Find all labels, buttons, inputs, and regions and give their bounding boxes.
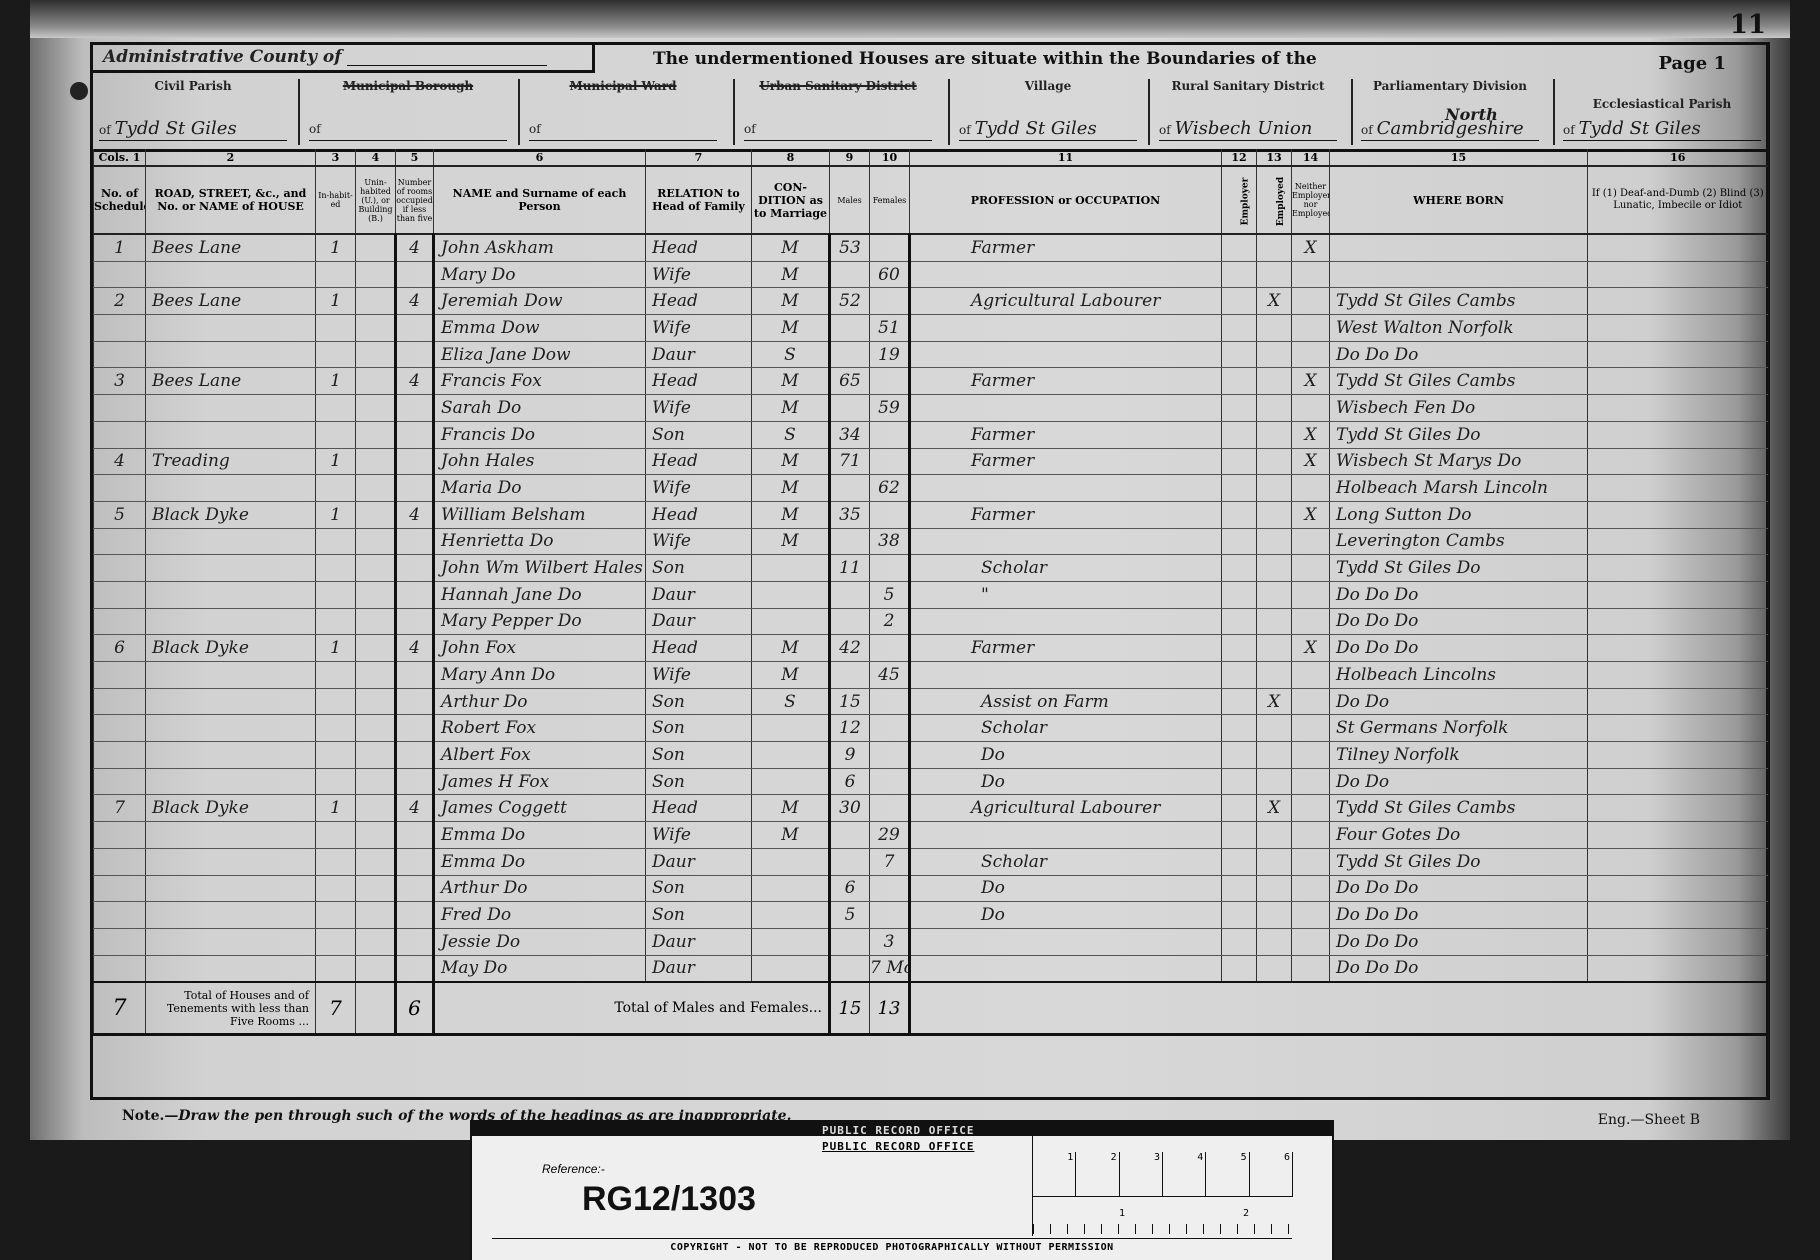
cell-male-age: 35 <box>830 501 870 528</box>
cell-relation: Daur <box>646 955 752 982</box>
cell-infirmity <box>1588 395 1768 422</box>
cell-neither: X <box>1292 421 1330 448</box>
cell-employed <box>1257 261 1292 288</box>
cell-uninhabited <box>356 555 396 582</box>
person-row: Arthur DoSonS15Assist on FarmXDo Do <box>94 688 1768 715</box>
cell-schedule <box>94 581 146 608</box>
cell-condition <box>752 555 830 582</box>
cell-occupation <box>910 955 1222 982</box>
admin-county: Administrative County of <box>93 45 595 73</box>
divider <box>733 79 735 145</box>
cell-employed: X <box>1257 688 1292 715</box>
header-inhabited: In-habit-ed <box>316 166 356 234</box>
cell-schedule <box>94 315 146 342</box>
cell-relation: Wife <box>646 528 752 555</box>
header-uninhabited: Unin-habited (U.), or Building (B.) <box>356 166 396 234</box>
cell-uninhabited <box>356 421 396 448</box>
cell-neither: X <box>1292 368 1330 395</box>
cell-condition <box>752 848 830 875</box>
cell-born: Wisbech Fen Do <box>1330 395 1588 422</box>
cell-relation: Son <box>646 875 752 902</box>
cell-occupation <box>910 822 1222 849</box>
header-road: ROAD, STREET, &c., and No. or NAME of HO… <box>146 166 316 234</box>
person-row: 5Black Dyke14William BelshamHeadM35Farme… <box>94 501 1768 528</box>
cell-road: Treading <box>146 448 316 475</box>
cell-schedule: 6 <box>94 635 146 662</box>
cell-employer <box>1222 234 1257 261</box>
cell-uninhabited <box>356 475 396 502</box>
cell-name: Jessie Do <box>434 928 646 955</box>
cell-infirmity <box>1588 902 1768 929</box>
cell-female-age: 5 <box>870 581 910 608</box>
header-males: Males <box>830 166 870 234</box>
cell-schedule <box>94 528 146 555</box>
cell-employed <box>1257 448 1292 475</box>
cell-inhabited <box>316 581 356 608</box>
cell-schedule: 5 <box>94 501 146 528</box>
cell-condition: M <box>752 368 830 395</box>
person-row: Eliza Jane DowDaurS19Do Do Do <box>94 341 1768 368</box>
cell-relation: Wife <box>646 261 752 288</box>
cell-female-age <box>870 795 910 822</box>
cell-condition: M <box>752 635 830 662</box>
cell-schedule <box>94 662 146 689</box>
cell-male-age: 15 <box>830 688 870 715</box>
cell-neither <box>1292 955 1330 982</box>
cell-inhabited: 1 <box>316 795 356 822</box>
cell-condition: M <box>752 662 830 689</box>
cell-inhabited <box>316 742 356 769</box>
urban-sanitary-label: Urban Sanitary District <box>738 79 938 93</box>
column-number-row: Cols. 1 2 3 4 5 6 7 8 9 10 11 12 13 14 1… <box>94 149 1768 166</box>
cell-neither <box>1292 528 1330 555</box>
cell-neither <box>1292 581 1330 608</box>
cell-condition: M <box>752 261 830 288</box>
cell-name: Albert Fox <box>434 742 646 769</box>
cell-employer <box>1222 555 1257 582</box>
cell-road: Black Dyke <box>146 795 316 822</box>
cell-condition: M <box>752 501 830 528</box>
cell-infirmity <box>1588 742 1768 769</box>
cell-inhabited <box>316 875 356 902</box>
person-row: Emma DowWifeM51West Walton Norfolk <box>94 315 1768 342</box>
cell-name: John Wm Wilbert Hales Do <box>434 555 646 582</box>
cell-female-age: 51 <box>870 315 910 342</box>
cell-name: Eliza Jane Dow <box>434 341 646 368</box>
header-where-born: WHERE BORN <box>1330 166 1588 234</box>
ruler-inches: 1 2 3 4 5 6 <box>1033 1152 1293 1197</box>
person-row: 1Bees Lane14John AskhamHeadM53FarmerX <box>94 234 1768 261</box>
rural-sanitary-field: Rural Sanitary District ofWisbech Union <box>1153 75 1343 147</box>
person-row: Emma DoWifeM29Four Gotes Do <box>94 822 1768 849</box>
person-row: Jessie DoDaur3Do Do Do <box>94 928 1768 955</box>
cell-born: St Germans Norfolk <box>1330 715 1588 742</box>
cell-relation: Head <box>646 501 752 528</box>
cell-occupation: Do <box>910 902 1222 929</box>
cell-condition: M <box>752 288 830 315</box>
cell-employed <box>1257 902 1292 929</box>
cell-born: Do Do Do <box>1330 581 1588 608</box>
cell-inhabited: 1 <box>316 234 356 261</box>
cell-relation: Son <box>646 421 752 448</box>
header-occupation: PROFESSION or OCCUPATION <box>910 166 1222 234</box>
office-label-top: PUBLIC RECORD OFFICE <box>822 1124 974 1137</box>
civil-parish-label: Civil Parish <box>93 79 293 93</box>
cell-schedule <box>94 555 146 582</box>
cell-male-age: 6 <box>830 875 870 902</box>
cell-name: Arthur Do <box>434 688 646 715</box>
header-employer: Employer <box>1222 166 1257 234</box>
divider <box>298 79 300 145</box>
cell-employed <box>1257 475 1292 502</box>
cell-condition: M <box>752 315 830 342</box>
cell-occupation: Farmer <box>910 635 1222 662</box>
cell-born: Tydd St Giles Cambs <box>1330 368 1588 395</box>
cell-rooms <box>396 555 434 582</box>
cell-employer <box>1222 581 1257 608</box>
cell-road <box>146 902 316 929</box>
cell-occupation <box>910 528 1222 555</box>
cell-name: Mary Do <box>434 261 646 288</box>
divider <box>518 79 520 145</box>
cell-infirmity <box>1588 501 1768 528</box>
cell-born: Wisbech St Marys Do <box>1330 448 1588 475</box>
cell-relation: Son <box>646 688 752 715</box>
cell-neither <box>1292 341 1330 368</box>
cell-schedule: 3 <box>94 368 146 395</box>
cell-employer <box>1222 715 1257 742</box>
person-row: John Wm Wilbert Hales DoSon11ScholarTydd… <box>94 555 1768 582</box>
ecclesiastical-parish-field: Ecclesiastical Parish ofTydd St Giles <box>1557 75 1767 147</box>
cell-infirmity <box>1588 822 1768 849</box>
cell-road <box>146 581 316 608</box>
cell-neither <box>1292 261 1330 288</box>
cell-infirmity <box>1588 475 1768 502</box>
cell-male-age: 6 <box>830 768 870 795</box>
cell-schedule: 1 <box>94 234 146 261</box>
cell-rooms <box>396 448 434 475</box>
cell-occupation: Agricultural Labourer <box>910 795 1222 822</box>
cell-occupation: Farmer <box>910 368 1222 395</box>
cell-relation: Wife <box>646 315 752 342</box>
cell-male-age: 42 <box>830 635 870 662</box>
cell-condition: M <box>752 234 830 261</box>
cell-road <box>146 528 316 555</box>
cell-employer <box>1222 528 1257 555</box>
cell-neither <box>1292 822 1330 849</box>
cell-infirmity <box>1588 608 1768 635</box>
cell-male-age <box>830 475 870 502</box>
cell-inhabited <box>316 608 356 635</box>
cell-name: Robert Fox <box>434 715 646 742</box>
village-label: Village <box>953 79 1143 93</box>
cell-road <box>146 315 316 342</box>
cell-male-age <box>830 848 870 875</box>
rural-sanitary-value: Wisbech Union <box>1175 118 1313 139</box>
header-rooms: Number of rooms occupied if less than fi… <box>396 166 434 234</box>
cell-inhabited <box>316 475 356 502</box>
cell-inhabited <box>316 902 356 929</box>
cell-rooms: 4 <box>396 501 434 528</box>
cell-road <box>146 662 316 689</box>
cell-relation: Daur <box>646 581 752 608</box>
cell-born: Tydd St Giles Do <box>1330 848 1588 875</box>
cell-infirmity <box>1588 421 1768 448</box>
column-header-row: No. of Schedule ROAD, STREET, &c., and N… <box>94 166 1768 234</box>
cell-employer <box>1222 955 1257 982</box>
cell-born: Tydd St Giles Cambs <box>1330 795 1588 822</box>
municipal-borough-field: Municipal Borough of <box>303 75 513 147</box>
cell-employer <box>1222 421 1257 448</box>
cell-schedule <box>94 875 146 902</box>
cell-condition: S <box>752 688 830 715</box>
cell-uninhabited <box>356 528 396 555</box>
cell-employed <box>1257 848 1292 875</box>
cell-neither: X <box>1292 635 1330 662</box>
cell-employer <box>1222 902 1257 929</box>
cell-employer <box>1222 261 1257 288</box>
cell-relation: Son <box>646 715 752 742</box>
header-females: Females <box>870 166 910 234</box>
cell-employer <box>1222 288 1257 315</box>
cell-rooms <box>396 581 434 608</box>
cell-uninhabited <box>356 875 396 902</box>
cell-condition <box>752 928 830 955</box>
municipal-ward-label: Municipal Ward <box>523 79 723 93</box>
cell-employer <box>1222 928 1257 955</box>
cell-male-age <box>830 608 870 635</box>
cell-employer <box>1222 475 1257 502</box>
cell-infirmity <box>1588 768 1768 795</box>
ecclesiastical-parish-label: Ecclesiastical Parish <box>1557 97 1767 111</box>
person-row: 7Black Dyke14James CoggettHeadM30Agricul… <box>94 795 1768 822</box>
cell-name: William Belsham <box>434 501 646 528</box>
municipal-ward-field: Municipal Ward of <box>523 75 723 147</box>
cell-rooms <box>396 955 434 982</box>
divider <box>948 79 950 145</box>
cell-employed <box>1257 662 1292 689</box>
cell-employer <box>1222 635 1257 662</box>
person-row: Mary Ann DoWifeM45Holbeach Lincolns <box>94 662 1768 689</box>
cell-road <box>146 395 316 422</box>
cell-born: Tydd St Giles Do <box>1330 421 1588 448</box>
cell-occupation: Scholar <box>910 555 1222 582</box>
person-row: Mary Pepper DoDaur2Do Do Do <box>94 608 1768 635</box>
cell-road <box>146 742 316 769</box>
total-rooms: 6 <box>396 982 434 1035</box>
header-relation: RELATION to Head of Family <box>646 166 752 234</box>
form-heading: The undermentioned Houses are situate wi… <box>653 49 1317 69</box>
cell-rooms <box>396 261 434 288</box>
cell-name: Mary Pepper Do <box>434 608 646 635</box>
total-males: 15 <box>830 982 870 1035</box>
cell-infirmity <box>1588 715 1768 742</box>
cell-inhabited: 1 <box>316 448 356 475</box>
cell-employed <box>1257 955 1292 982</box>
cell-born: Do Do <box>1330 688 1588 715</box>
cell-relation: Head <box>646 795 752 822</box>
cell-female-age <box>870 742 910 769</box>
cell-employed <box>1257 421 1292 448</box>
cell-schedule <box>94 928 146 955</box>
cell-condition <box>752 715 830 742</box>
cell-employed <box>1257 742 1292 769</box>
cell-road: Bees Lane <box>146 234 316 261</box>
divider <box>1351 79 1353 145</box>
cell-infirmity <box>1588 795 1768 822</box>
cell-neither <box>1292 768 1330 795</box>
cell-road <box>146 261 316 288</box>
person-row: Robert FoxSon12ScholarSt Germans Norfolk <box>94 715 1768 742</box>
cell-born: Do Do Do <box>1330 341 1588 368</box>
person-row: 3Bees Lane14Francis FoxHeadM65FarmerXTyd… <box>94 368 1768 395</box>
cell-female-age: 7 Mo <box>870 955 910 982</box>
cell-schedule <box>94 341 146 368</box>
cell-inhabited <box>316 555 356 582</box>
cell-born: Do Do Do <box>1330 928 1588 955</box>
cell-male-age: 11 <box>830 555 870 582</box>
cell-schedule <box>94 608 146 635</box>
cell-male-age <box>830 822 870 849</box>
cell-rooms <box>396 475 434 502</box>
cell-female-age <box>870 688 910 715</box>
total-schedules: 7 <box>94 982 146 1035</box>
cell-infirmity <box>1588 662 1768 689</box>
cell-road: Bees Lane <box>146 288 316 315</box>
cell-born: Tydd St Giles Do <box>1330 555 1588 582</box>
cell-employer <box>1222 501 1257 528</box>
cell-female-age: 38 <box>870 528 910 555</box>
cell-born: Holbeach Marsh Lincoln <box>1330 475 1588 502</box>
cell-occupation <box>910 261 1222 288</box>
cell-relation: Wife <box>646 395 752 422</box>
cell-male-age: 34 <box>830 421 870 448</box>
cell-occupation: Farmer <box>910 448 1222 475</box>
cell-schedule <box>94 421 146 448</box>
cell-employed <box>1257 501 1292 528</box>
cell-male-age: 53 <box>830 234 870 261</box>
cell-female-age <box>870 421 910 448</box>
cell-name: Fred Do <box>434 902 646 929</box>
cell-employed <box>1257 234 1292 261</box>
cell-male-age <box>830 928 870 955</box>
cell-inhabited <box>316 768 356 795</box>
cell-occupation: Do <box>910 768 1222 795</box>
cell-employed <box>1257 875 1292 902</box>
cell-road <box>146 608 316 635</box>
cell-rooms <box>396 902 434 929</box>
person-row: Sarah DoWifeM59Wisbech Fen Do <box>94 395 1768 422</box>
cell-rooms <box>396 688 434 715</box>
cell-condition: M <box>752 448 830 475</box>
cell-occupation: Do <box>910 742 1222 769</box>
cell-schedule <box>94 848 146 875</box>
cell-infirmity <box>1588 234 1768 261</box>
cell-condition: M <box>752 395 830 422</box>
cell-schedule <box>94 261 146 288</box>
cell-occupation: Farmer <box>910 421 1222 448</box>
cell-name: Sarah Do <box>434 395 646 422</box>
page-number: Page 1 <box>1658 53 1726 74</box>
person-row: 4Treading1John HalesHeadM71FarmerXWisbec… <box>94 448 1768 475</box>
cell-name: May Do <box>434 955 646 982</box>
cell-uninhabited <box>356 768 396 795</box>
census-sheet: 11 Administrative County of The undermen… <box>30 0 1790 1140</box>
cell-inhabited: 1 <box>316 501 356 528</box>
cell-employed <box>1257 315 1292 342</box>
cell-uninhabited <box>356 635 396 662</box>
cell-name: Emma Do <box>434 822 646 849</box>
divider <box>1553 79 1555 145</box>
cell-relation: Son <box>646 555 752 582</box>
cell-inhabited <box>316 848 356 875</box>
cell-rooms <box>396 421 434 448</box>
cell-name: John Hales <box>434 448 646 475</box>
civil-parish-value: Tydd St Giles <box>115 118 237 139</box>
cell-female-age: 19 <box>870 341 910 368</box>
cell-relation: Son <box>646 902 752 929</box>
cell-born: Do Do Do <box>1330 955 1588 982</box>
cell-condition <box>752 875 830 902</box>
cell-schedule: 4 <box>94 448 146 475</box>
cell-employer <box>1222 742 1257 769</box>
cell-uninhabited <box>356 288 396 315</box>
sheet-form-id: Eng.—Sheet B <box>1598 1112 1700 1128</box>
scale-ruler: 1 2 3 4 5 6 1 2 <box>1032 1136 1293 1236</box>
cell-rooms <box>396 875 434 902</box>
cell-male-age <box>830 581 870 608</box>
cell-relation: Wife <box>646 475 752 502</box>
cell-born: Do Do Do <box>1330 875 1588 902</box>
cell-female-age <box>870 501 910 528</box>
person-row: Fred DoSon5DoDo Do Do <box>94 902 1768 929</box>
cell-born: Leverington Cambs <box>1330 528 1588 555</box>
cell-employer <box>1222 848 1257 875</box>
cell-employed <box>1257 822 1292 849</box>
cell-condition: M <box>752 795 830 822</box>
cell-occupation <box>910 928 1222 955</box>
cell-female-age <box>870 715 910 742</box>
cell-born: Long Sutton Do <box>1330 501 1588 528</box>
cell-uninhabited <box>356 395 396 422</box>
cell-infirmity <box>1588 875 1768 902</box>
cell-neither <box>1292 875 1330 902</box>
header-schedule: No. of Schedule <box>94 166 146 234</box>
cell-born: Tilney Norfolk <box>1330 742 1588 769</box>
cell-female-age: 2 <box>870 608 910 635</box>
cell-employed <box>1257 555 1292 582</box>
reference-number: RG12/1303 <box>582 1180 756 1219</box>
cell-male-age: 9 <box>830 742 870 769</box>
cell-neither <box>1292 395 1330 422</box>
office-label: PUBLIC RECORD OFFICE <box>822 1140 974 1153</box>
cell-employed <box>1257 608 1292 635</box>
cell-male-age <box>830 341 870 368</box>
cell-male-age <box>830 395 870 422</box>
cell-inhabited <box>316 688 356 715</box>
cell-occupation <box>910 395 1222 422</box>
cell-infirmity <box>1588 341 1768 368</box>
cell-employer <box>1222 448 1257 475</box>
cell-road <box>146 822 316 849</box>
cell-employed <box>1257 715 1292 742</box>
cell-relation: Head <box>646 368 752 395</box>
cell-employer <box>1222 768 1257 795</box>
cell-uninhabited <box>356 795 396 822</box>
cell-schedule: 2 <box>94 288 146 315</box>
person-row: Emma DoDaur7ScholarTydd St Giles Do <box>94 848 1768 875</box>
cell-inhabited <box>316 955 356 982</box>
